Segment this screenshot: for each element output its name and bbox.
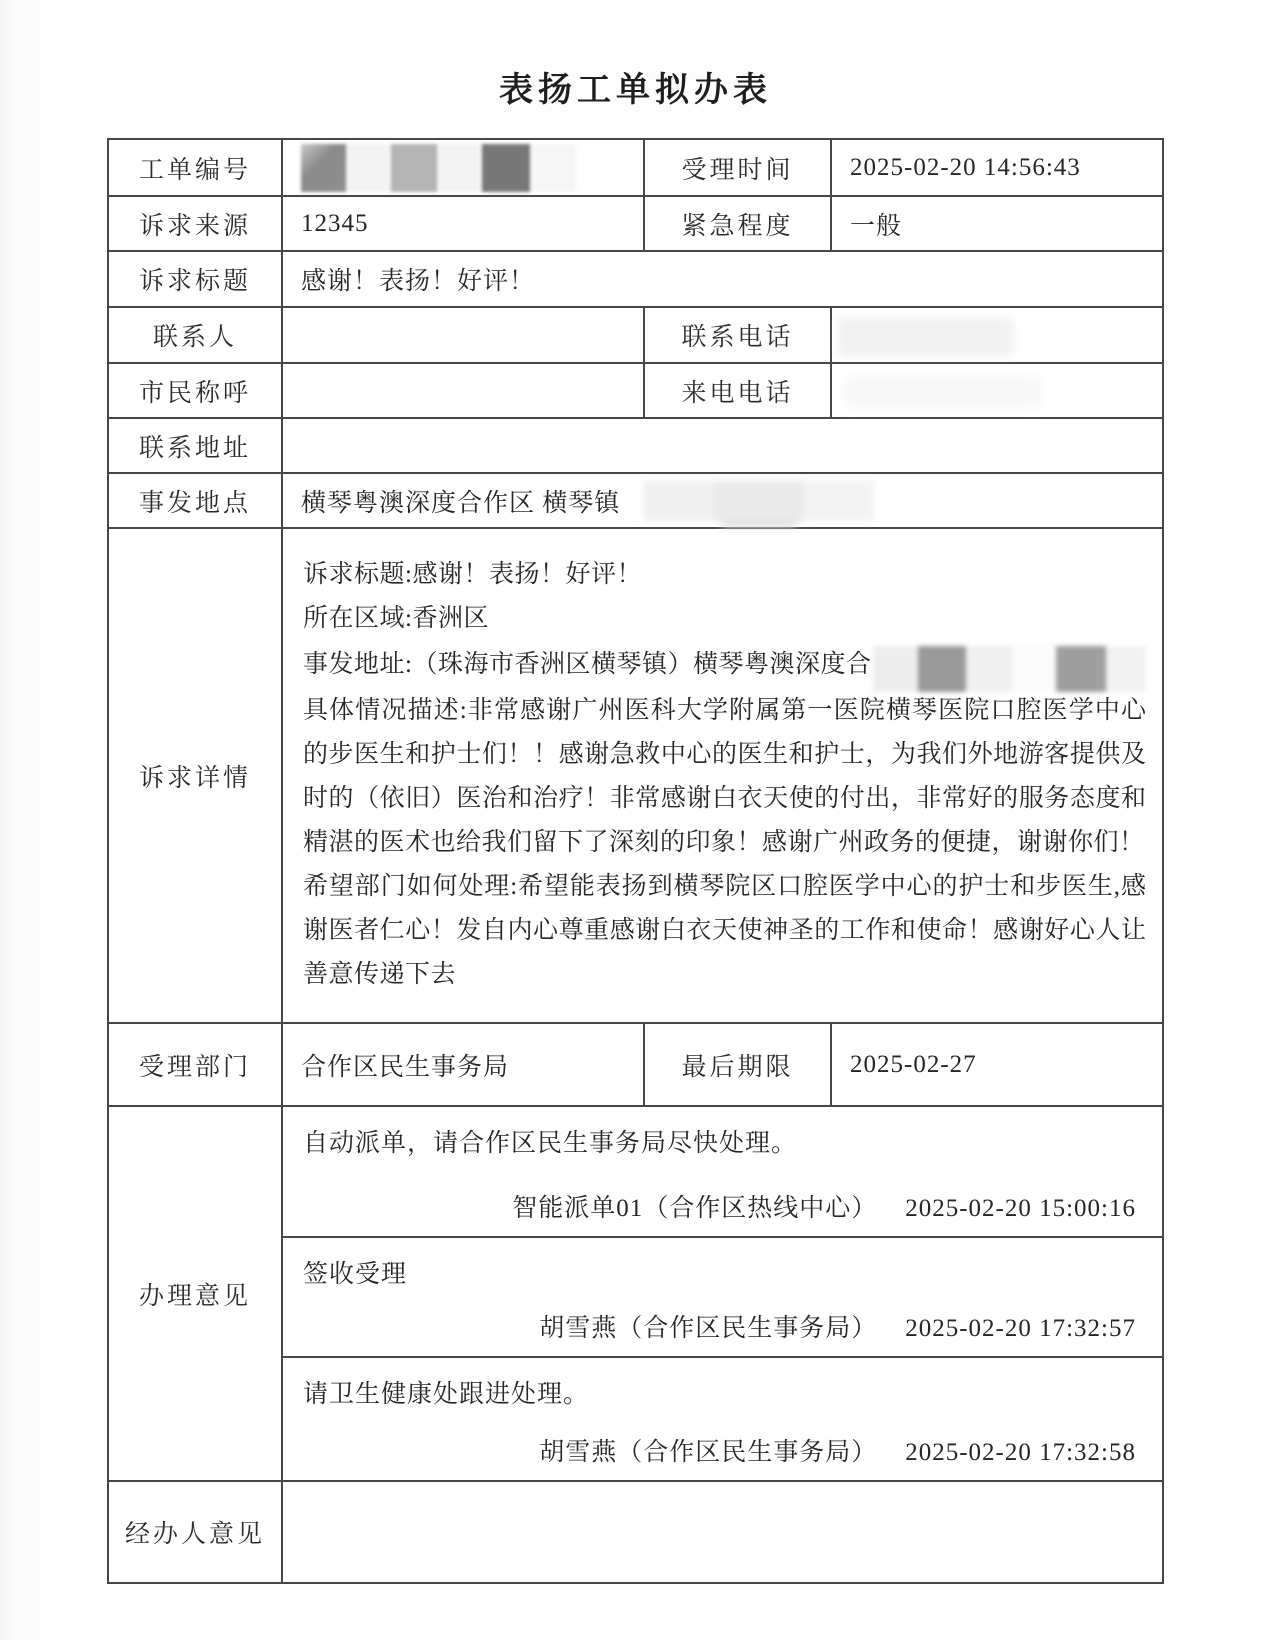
detail-district-line: 所在区域:香洲区	[303, 597, 1146, 641]
row-source: 诉求来源 12345 紧急程度 一般	[109, 197, 1162, 252]
page-title: 表扬工单拟办表	[107, 62, 1164, 111]
label-appeal-title: 诉求标题	[109, 252, 283, 306]
label-contact-phone: 联系电话	[645, 308, 832, 362]
handling-opinions-stack: 自动派单，请合作区民生事务局尽快处理。 智能派单01（合作区热线中心）2025-…	[283, 1107, 1162, 1480]
document-page: 表扬工单拟办表 工单编号 受理时间 2025-02-20 14:56:43 诉求…	[0, 0, 1279, 1640]
opinion-text: 自动派单，请合作区民生事务局尽快处理。	[283, 1107, 1162, 1159]
redacted-work-order-no	[301, 144, 576, 192]
redacted-incident-place	[644, 479, 874, 523]
handling-opinion-entry: 自动派单，请合作区民生事务局尽快处理。 智能派单01（合作区热线中心）2025-…	[283, 1107, 1162, 1238]
opinion-timestamp: 2025-02-20 17:32:57	[905, 1315, 1136, 1342]
value-contact-phone	[832, 308, 1162, 362]
opinion-signature: 智能派单01（合作区热线中心）2025-02-20 15:00:16	[512, 1188, 1136, 1224]
label-urgency: 紧急程度	[645, 197, 832, 250]
value-appeal-detail: 诉求标题:感谢！表扬！好评！ 所在区域:香洲区 事发地址:（珠海市香洲区横琴镇）…	[283, 529, 1164, 1022]
opinion-signer: 胡雪燕（合作区民生事务局）	[539, 1315, 877, 1342]
row-handling-opinions: 办理意见 自动派单，请合作区民生事务局尽快处理。 智能派单01（合作区热线中心）…	[109, 1107, 1162, 1482]
work-order-table: 工单编号 受理时间 2025-02-20 14:56:43 诉求来源 12345…	[107, 138, 1164, 1584]
label-incident-place: 事发地点	[109, 474, 283, 527]
value-handler-opinion	[283, 1482, 1162, 1582]
detail-title-line: 诉求标题:感谢！表扬！好评！	[303, 553, 1146, 597]
value-deadline: 2025-02-27	[832, 1024, 1162, 1105]
opinion-signature: 胡雪燕（合作区民生事务局）2025-02-20 17:32:57	[539, 1308, 1136, 1344]
opinion-text: 请卫生健康处跟进处理。	[283, 1358, 1162, 1410]
redacted-caller-phone	[842, 376, 1042, 408]
label-contact-person: 联系人	[109, 308, 283, 362]
value-caller-phone	[832, 364, 1162, 417]
row-appeal-title: 诉求标题 感谢！表扬！好评！	[109, 252, 1162, 308]
value-work-order-no	[283, 140, 645, 195]
label-handling-opinions: 办理意见	[109, 1107, 283, 1480]
value-accept-time: 2025-02-20 14:56:43	[832, 140, 1162, 195]
value-contact-address	[283, 419, 1162, 472]
row-accept-dept: 受理部门 合作区民生事务局 最后期限 2025-02-27	[109, 1024, 1162, 1107]
row-citizen-name: 市民称呼 来电电话	[109, 364, 1162, 419]
label-handler-opinion: 经办人意见	[109, 1482, 283, 1582]
redacted-contact-phone	[838, 318, 1013, 356]
detail-address-line: 事发地址:（珠海市香洲区横琴镇）横琴粤澳深度合	[303, 641, 1146, 689]
label-accept-time: 受理时间	[645, 140, 832, 195]
opinion-signer: 胡雪燕（合作区民生事务局）	[539, 1439, 877, 1466]
row-appeal-detail: 诉求详情 诉求标题:感谢！表扬！好评！ 所在区域:香洲区 事发地址:（珠海市香洲…	[109, 529, 1162, 1024]
handling-opinion-entry: 请卫生健康处跟进处理。 胡雪燕（合作区民生事务局）2025-02-20 17:3…	[283, 1358, 1162, 1480]
detail-address-text: 事发地址:（珠海市香洲区横琴镇）横琴粤澳深度合	[303, 643, 871, 687]
row-contact-person: 联系人 联系电话	[109, 308, 1162, 364]
value-appeal-title: 感谢！表扬！好评！	[283, 252, 1162, 306]
label-caller-phone: 来电电话	[645, 364, 832, 417]
opinion-timestamp: 2025-02-20 15:00:16	[905, 1195, 1136, 1222]
value-accept-dept: 合作区民生事务局	[283, 1024, 645, 1105]
detail-expectation: 希望部门如何处理:希望能表扬到横琴院区口腔医学中心的护士和步医生,感谢医者仁心！…	[303, 865, 1146, 997]
label-appeal-detail: 诉求详情	[109, 529, 283, 1022]
label-accept-dept: 受理部门	[109, 1024, 283, 1105]
value-source: 12345	[283, 197, 645, 250]
value-contact-person	[283, 308, 645, 362]
opinion-text: 签收受理	[283, 1238, 1162, 1290]
value-incident-place: 横琴粤澳深度合作区 横琴镇	[283, 474, 1162, 527]
value-urgency: 一般	[832, 197, 1162, 250]
redacted-detail-address	[873, 645, 1146, 693]
incident-place-text: 横琴粤澳深度合作区 横琴镇	[301, 483, 620, 519]
detail-description: 具体情况描述:非常感谢广州医科大学附属第一医院横琴医院口腔医学中心的步医生和护士…	[303, 689, 1146, 865]
row-incident-place: 事发地点 横琴粤澳深度合作区 横琴镇	[109, 474, 1162, 529]
label-source: 诉求来源	[109, 197, 283, 250]
label-citizen-name: 市民称呼	[109, 364, 283, 417]
opinion-signer: 智能派单01（合作区热线中心）	[512, 1195, 877, 1222]
label-work-order-no: 工单编号	[109, 140, 283, 195]
label-deadline: 最后期限	[645, 1024, 832, 1105]
label-contact-address: 联系地址	[109, 419, 283, 472]
opinion-signature: 胡雪燕（合作区民生事务局）2025-02-20 17:32:58	[539, 1432, 1136, 1468]
row-contact-address: 联系地址	[109, 419, 1162, 474]
opinion-timestamp: 2025-02-20 17:32:58	[905, 1439, 1136, 1466]
row-work-order-no: 工单编号 受理时间 2025-02-20 14:56:43	[109, 140, 1162, 197]
row-handler-opinion: 经办人意见	[109, 1482, 1162, 1582]
handling-opinion-entry: 签收受理 胡雪燕（合作区民生事务局）2025-02-20 17:32:57	[283, 1238, 1162, 1357]
value-citizen-name	[283, 364, 645, 417]
